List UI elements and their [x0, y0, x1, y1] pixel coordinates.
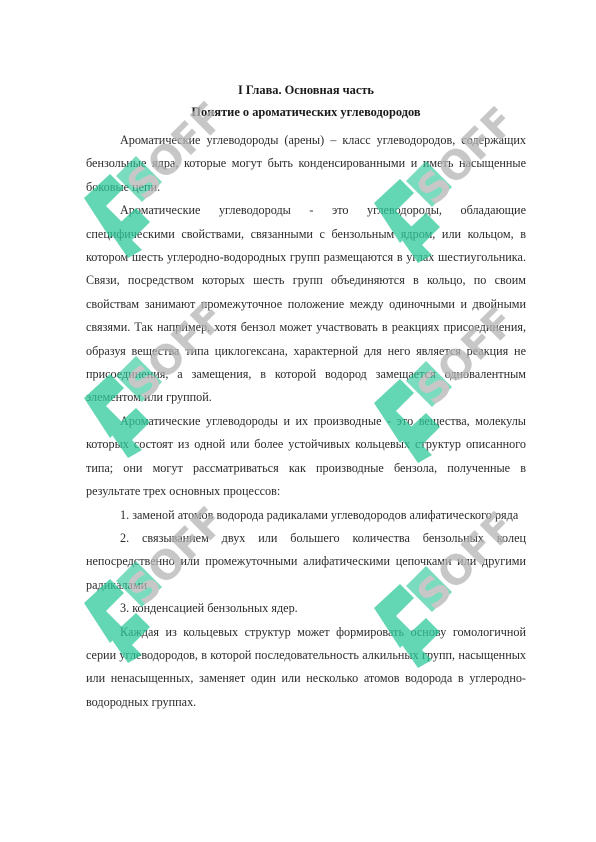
document-page: I Глава. Основная часть Понятие о аромат… [0, 0, 596, 842]
list-item: 1. заменой атомов водорода радикалами уг… [86, 504, 526, 527]
paragraph: Ароматические углеводороды (арены) – кла… [86, 129, 526, 199]
list-item: 2. связыванием двух или большего количес… [86, 527, 526, 597]
paragraph: Ароматические углеводороды и их производ… [86, 410, 526, 504]
section-title: Понятие о ароматических углеводородов [86, 101, 526, 123]
document-body: I Глава. Основная часть Понятие о аромат… [86, 79, 526, 714]
paragraph: Ароматические углеводороды - это углевод… [86, 199, 526, 410]
chapter-title: I Глава. Основная часть [86, 79, 526, 101]
paragraph: Каждая из кольцевых структур может форми… [86, 621, 526, 715]
list-item: 3. конденсацией бензольных ядер. [86, 597, 526, 620]
